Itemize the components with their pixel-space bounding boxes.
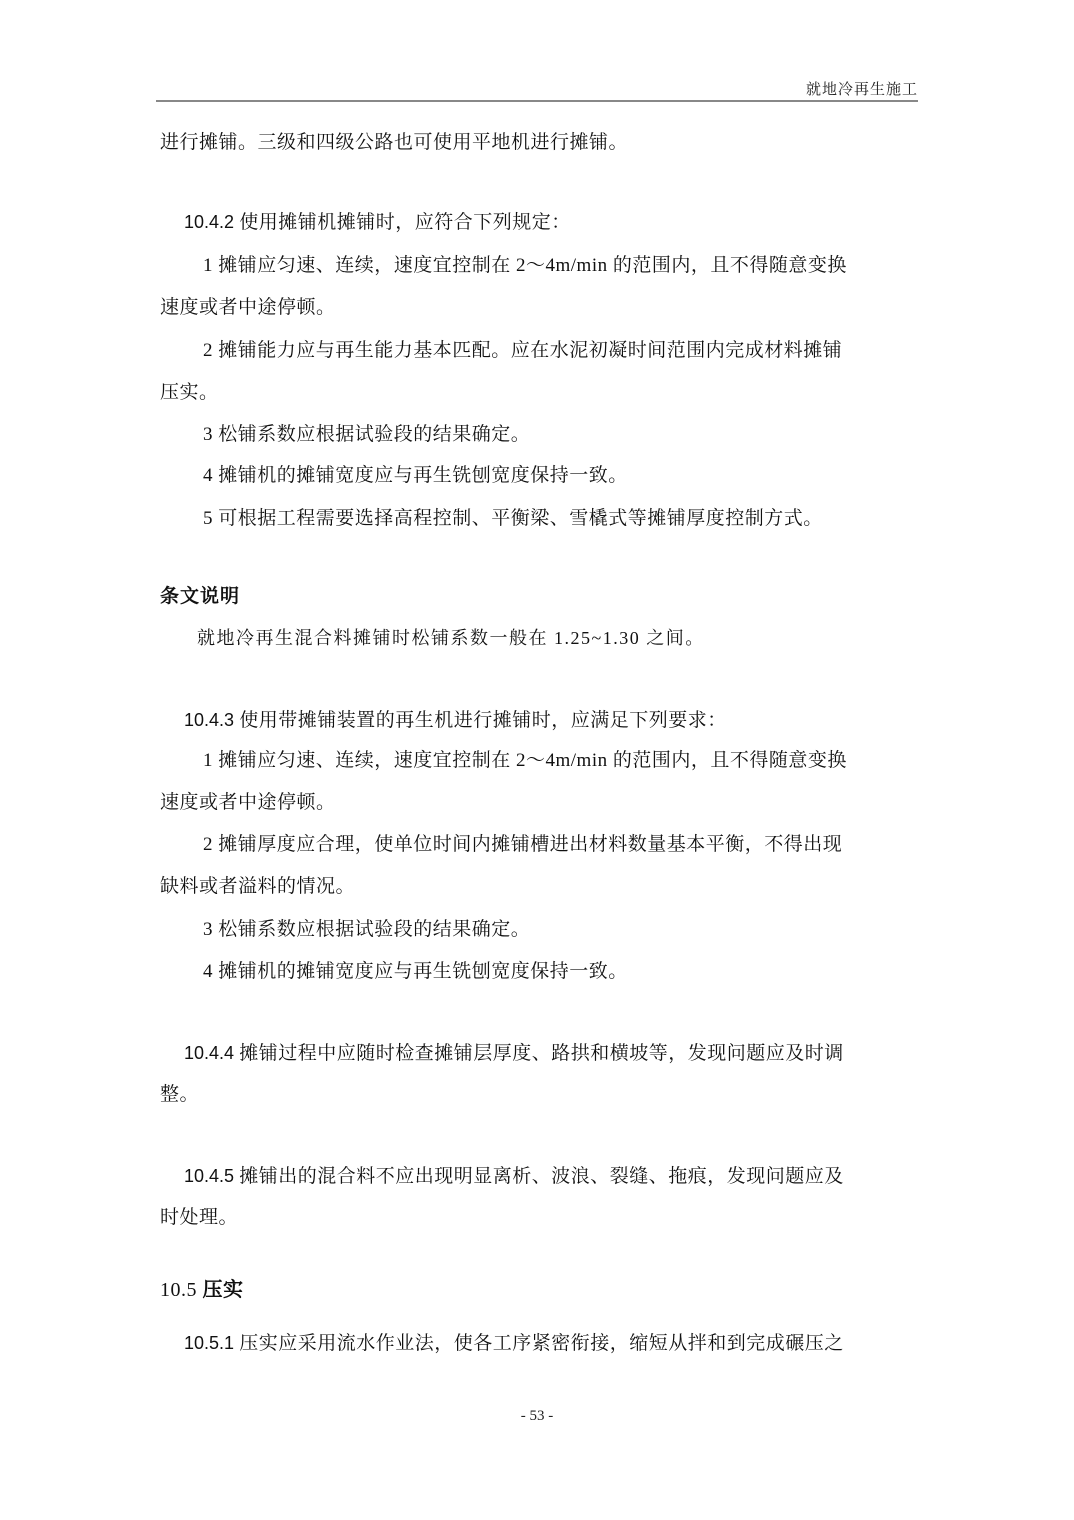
clause-number: 10.4.2 xyxy=(184,212,234,232)
list-item: 1 摊铺应匀速、连续，速度宜控制在 2～4m/min 的范围内，且不得随意变换 xyxy=(203,749,847,773)
list-item: 1 摊铺应匀速、连续，速度宜控制在 2～4m/min 的范围内，且不得随意变换 xyxy=(203,254,847,278)
list-item: 2 摊铺厚度应合理，使单位时间内摊铺槽进出材料数量基本平衡，不得出现 xyxy=(203,833,842,857)
running-header: 就地冷再生施工 xyxy=(156,76,918,102)
clause-10-4-5: 10.4.5 摊铺出的混合料不应出现明显离析、波浪、裂缝、拖痕，发现问题应及 xyxy=(184,1164,844,1189)
clause-text: 使用摊铺机摊铺时，应符合下列规定： xyxy=(239,212,571,233)
clause-text: 使用带摊铺装置的再生机进行摊铺时，应满足下列要求： xyxy=(239,710,727,731)
clause-10-4-3-heading: 10.4.3 使用带摊铺装置的再生机进行摊铺时，应满足下列要求： xyxy=(184,708,727,733)
list-item: 5 可根据工程需要选择高程控制、平衡梁、雪橇式等摊铺厚度控制方式。 xyxy=(203,507,823,531)
list-item: 3 松铺系数应根据试验段的结果确定。 xyxy=(203,918,530,942)
list-item: 3 松铺系数应根据试验段的结果确定。 xyxy=(203,423,530,447)
list-item-continuation: 压实。 xyxy=(160,381,219,405)
clause-continuation: 整。 xyxy=(160,1083,199,1107)
paragraph-continuation: 进行摊铺。三级和四级公路也可使用平地机进行摊铺。 xyxy=(160,131,628,155)
list-item: 4 摊铺机的摊铺宽度应与再生铣刨宽度保持一致。 xyxy=(203,464,628,488)
header-title: 就地冷再生施工 xyxy=(806,78,918,99)
clause-10-4-2-heading: 10.4.2 使用摊铺机摊铺时，应符合下列规定： xyxy=(184,210,571,235)
note-text: 就地冷再生混合料摊铺时松铺系数一般在 1.25~1.30 之间。 xyxy=(197,626,705,650)
list-item-continuation: 缺料或者溢料的情况。 xyxy=(160,875,355,899)
clause-10-5-1: 10.5.1 压实应采用流水作业法，使各工序紧密衔接，缩短从拌和到完成碾压之 xyxy=(184,1331,844,1356)
clause-number: 10.4.3 xyxy=(184,710,234,730)
page-number: - 53 - xyxy=(0,1408,1074,1425)
list-item: 4 摊铺机的摊铺宽度应与再生铣刨宽度保持一致。 xyxy=(203,960,628,984)
clause-number: 10.4.5 xyxy=(184,1166,234,1186)
clause-number: 10.4.4 xyxy=(184,1043,234,1063)
clause-text: 摊铺过程中应随时检查摊铺层厚度、路拱和横坡等，发现问题应及时调 xyxy=(239,1043,844,1064)
list-item: 2 摊铺能力应与再生能力基本匹配。应在水泥初凝时间范围内完成材料摊铺 xyxy=(203,339,842,363)
document-page: 就地冷再生施工 进行摊铺。三级和四级公路也可使用平地机进行摊铺。 10.4.2 … xyxy=(0,0,1074,1520)
section-title: 压实 xyxy=(203,1279,244,1301)
clause-number: 10.5.1 xyxy=(184,1333,234,1353)
clause-text: 摊铺出的混合料不应出现明显离析、波浪、裂缝、拖痕，发现问题应及 xyxy=(239,1166,844,1187)
list-item-continuation: 速度或者中途停顿。 xyxy=(160,791,336,815)
section-10-5-heading: 10.5 压实 xyxy=(160,1278,244,1302)
section-number: 10.5 xyxy=(160,1279,197,1301)
note-title: 条文说明 xyxy=(160,585,240,609)
clause-10-4-4: 10.4.4 摊铺过程中应随时检查摊铺层厚度、路拱和横坡等，发现问题应及时调 xyxy=(184,1041,844,1066)
list-item-continuation: 速度或者中途停顿。 xyxy=(160,296,336,320)
clause-text: 压实应采用流水作业法，使各工序紧密衔接，缩短从拌和到完成碾压之 xyxy=(239,1333,844,1354)
clause-continuation: 时处理。 xyxy=(160,1206,238,1230)
